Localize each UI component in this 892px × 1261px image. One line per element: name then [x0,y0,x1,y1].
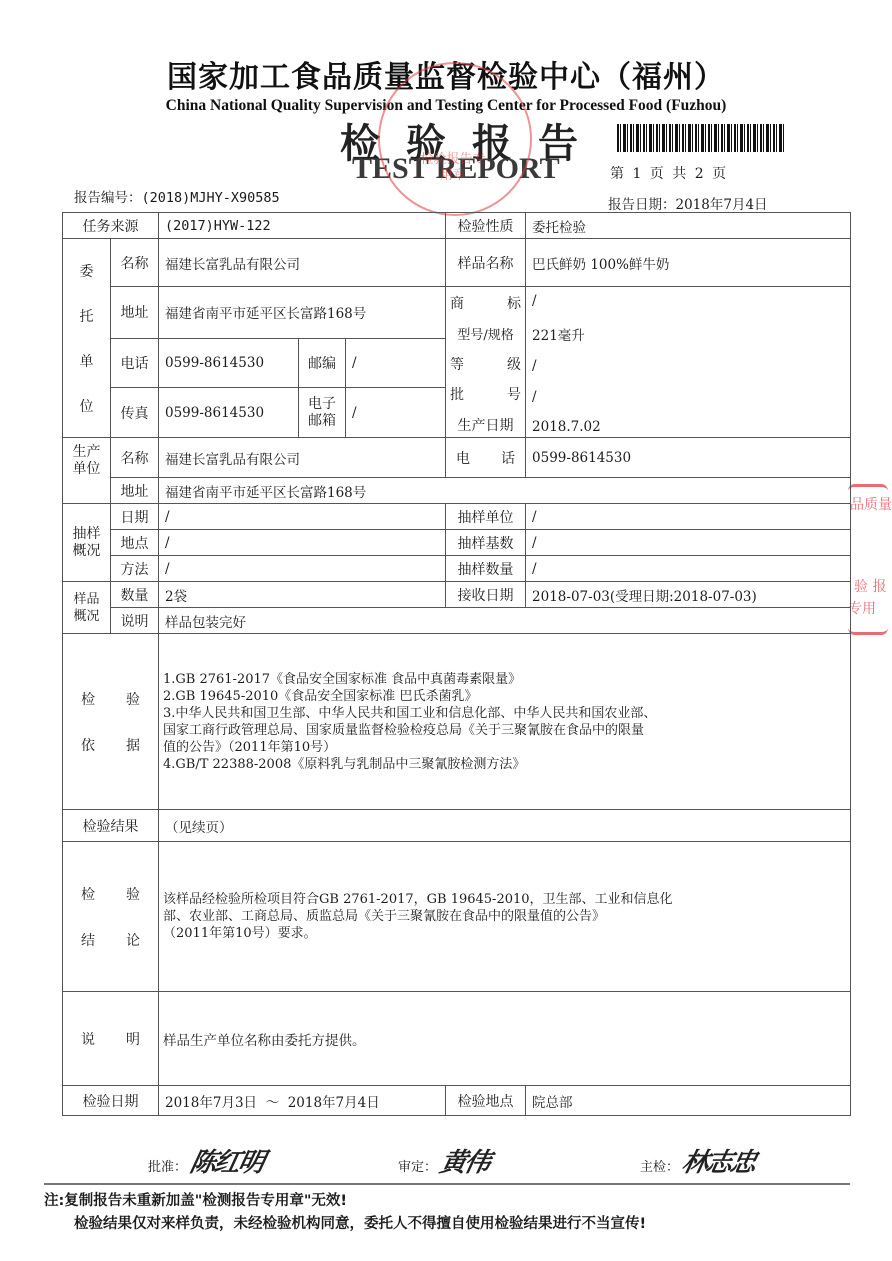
sampling-base-label: 抽样基数 [446,530,526,556]
sample-name-label: 样品名称 [446,239,526,287]
producer-section-label: 生产单位 [63,438,111,504]
conclusion-line: 该样品经检验所检项目符合GB 2761-2017，GB 19645-2010，卫… [163,891,846,908]
sampling-place-label: 地点 [111,530,159,556]
row-sampling-place: 地点 / 抽样基数 / [63,530,851,556]
client-label-char: 位 [80,396,94,416]
client-label-char: 委 [80,261,94,281]
edge-seal-stamp: 品质量 验 报 专用 [846,484,892,634]
conclusion-label-char: 验 [126,884,140,904]
report-date-label: 报告日期： [608,197,676,213]
remark-value: 样品生产单位名称由委托方提供。 [159,992,851,1086]
row-sampling-method: 方法 / 抽样数量 / [63,556,851,582]
brand-label: 商标 [450,293,521,313]
basis-item: 4.GB/T 22388-2008《原料乳与乳制品中三聚氰胺检测方法》 [163,756,846,773]
row-conclusion: 检验 结论 该样品经检验所检项目符合GB 2761-2017，GB 19645-… [63,842,851,992]
report-number-value: (2018)MJHY-X90585 [142,190,280,206]
basis-item: 1.GB 2761-2017《食品安全国家标准 食品中真菌毒素限量》 [163,671,846,688]
barcode [617,124,785,152]
sampling-base-value: / [526,530,851,556]
reviewer-label: 审定： [398,1160,437,1175]
client-phone-value: 0599-8614530 [159,338,299,388]
inspector-label: 主检： [640,1160,679,1175]
sample-desc-label: 说明 [111,608,159,634]
client-postcode-label: 邮编 [299,338,346,388]
producer-address-value: 福建省南平市延平区长富路168号 [159,478,851,504]
seal-arc-top [848,484,888,491]
producer-phone-label-char: 电 [456,448,470,468]
seal-text-bot: 专用 [848,598,876,618]
producer-name-label: 名称 [111,438,159,478]
client-fax-value: 0599-8614530 [159,388,299,438]
receive-date-label: 接收日期 [446,582,526,608]
inspector-sig: 林志忠 [679,1142,759,1179]
grade-label-char: 级 [507,354,521,374]
sample-attrs-values: / 221毫升 / / 2018.7.02 [526,287,851,438]
client-address-value: 福建省南平市延平区长富路168号 [159,287,446,339]
task-source-label: 任务来源 [63,213,159,239]
row-basis: 检验 依据 1.GB 2761-2017《食品安全国家标准 食品中真菌毒素限量》… [63,634,851,810]
conclusion-line: 部、农业部、工商总局、质监总局《关于三聚氰胺在食品中的限量值的公告》 [163,908,846,925]
sampling-qty-value: / [526,556,851,582]
producer-phone-label-char: 话 [501,448,515,468]
report-date-value: 2018年7月4日 [676,197,768,213]
footer-divider [44,1183,850,1185]
row-sampling-date: 抽样概况 日期 / 抽样单位 / [63,504,851,530]
report-table: 任务来源 (2017)HYW-122 检验性质 委托检验 委 托 单 位 名称 … [62,212,851,1116]
basis-list: 1.GB 2761-2017《食品安全国家标准 食品中真菌毒素限量》 2.GB … [159,634,851,810]
basis-label-char: 依 [81,735,95,755]
producer-name-value: 福建长富乳品有限公司 [159,438,446,478]
row-client-name: 委 托 单 位 名称 福建长富乳品有限公司 样品名称 巴氏鲜奶 100%鲜牛奶 [63,239,851,287]
result-value: （见续页） [159,810,851,842]
sampling-label-line: 概况 [69,543,104,560]
approver-label: 批准： [148,1160,187,1175]
spec-label: 型号/规格 [450,324,521,343]
grade-label-char: 等 [450,354,464,374]
sampling-label-line: 抽样 [69,526,104,543]
approver-sig: 陈红明 [187,1142,267,1179]
doc-title-en: TEST REPORT [352,152,560,186]
producer-label-line: 单位 [69,461,104,478]
basis-label-char: 据 [126,735,140,755]
spec-value: 221毫升 [532,324,844,344]
grade-value: / [532,358,844,374]
client-label-char: 托 [80,306,94,326]
result-label: 检验结果 [63,810,159,842]
page-info: 第 1 页 共 2 页 [610,163,728,183]
report-number-label: 报告编号： [74,190,142,206]
row-sample-qty: 样品概况 数量 2袋 接收日期 2018-07-03(受理日期:2018-07-… [63,582,851,608]
client-section-label: 委 托 单 位 [63,239,111,438]
conclusion-line: （2011年第10号）要求。 [163,925,846,942]
reviewer-signature: 审定： 黄伟 [398,1142,489,1179]
conclusion-label: 检验 结论 [63,842,159,992]
sampling-method-label: 方法 [111,556,159,582]
sampling-date-label: 日期 [111,504,159,530]
remark-label-char: 说 [81,1029,95,1049]
approver-signature: 批准： 陈红明 [148,1142,263,1179]
row-remark: 说明 样品生产单位名称由委托方提供。 [63,992,851,1086]
prod-date-value: 2018.7.02 [532,419,844,435]
sampling-place-value: / [159,530,446,556]
sampling-unit-label: 抽样单位 [446,504,526,530]
seal-text-mid: 验 报 [854,576,886,596]
brand-label-char: 商 [450,293,464,313]
client-email-label: 电子邮箱 [299,388,346,438]
producer-phone-label: 电话 [446,438,526,478]
brand-value: / [532,293,844,309]
conclusion-label-char: 结 [81,930,95,950]
row-producer-address: 地址 福建省南平市延平区长富路168号 [63,478,851,504]
client-name-value: 福建长富乳品有限公司 [159,239,446,287]
batch-label: 批号 [450,384,521,404]
sample-overview-label-line: 样品 [69,591,104,608]
sample-qty-value: 2袋 [159,582,446,608]
client-name-label: 名称 [111,239,159,287]
sampling-unit-value: / [526,504,851,530]
basis-item: 2.GB 19645-2010《食品安全国家标准 巴氏杀菌乳》 [163,688,846,705]
row-result: 检验结果 （见续页） [63,810,851,842]
note-line-1: 注:复制报告未重新加盖"检测报告专用章"无效! [44,1189,347,1210]
grade-label: 等级 [450,354,521,374]
report-date: 报告日期：2018年7月4日 [608,193,768,213]
basis-label-char: 检 [81,689,95,709]
producer-address-label: 地址 [111,478,159,504]
sample-overview-section-label: 样品概况 [63,582,111,634]
sampling-method-value: / [159,556,446,582]
inspection-place-label: 检验地点 [446,1086,526,1116]
batch-value: / [532,389,844,405]
inspection-place-value: 院总部 [526,1086,851,1116]
basis-label-char: 验 [126,689,140,709]
basis-item: 值的公告》（2011年第10号） [163,739,846,756]
producer-label-line: 生产 [69,444,104,461]
reviewer-sig: 黄伟 [437,1142,493,1179]
inspector-signature: 主检： 林志忠 [640,1142,755,1179]
row-task-source: 任务来源 (2017)HYW-122 检验性质 委托检验 [63,213,851,239]
seal-text-top: 品质量 [850,494,892,514]
client-address-label: 地址 [111,287,159,339]
sample-qty-label: 数量 [111,582,159,608]
producer-phone-value: 0599-8614530 [526,438,851,478]
sample-desc-value: 样品包装完好 [159,608,851,634]
sample-name-value: 巴氏鲜奶 100%鲜牛奶 [526,239,851,287]
row-sample-desc: 说明 样品包装完好 [63,608,851,634]
brand-label-char: 标 [507,293,521,313]
basis-label: 检验 依据 [63,634,159,810]
client-postcode-value: / [346,338,446,388]
sampling-qty-label: 抽样数量 [446,556,526,582]
row-inspection: 检验日期 2018年7月3日 ～ 2018年7月4日 检验地点 院总部 [63,1086,851,1116]
conclusion-text: 该样品经检验所检项目符合GB 2761-2017，GB 19645-2010，卫… [159,842,851,992]
remark-label-char: 明 [126,1029,140,1049]
seal-arc-bottom [848,628,888,635]
inspection-nature-value: 委托检验 [526,213,851,239]
batch-label-char: 批 [450,384,464,404]
client-label-char: 单 [80,351,94,371]
row-client-address: 地址 福建省南平市延平区长富路168号 商标 型号/规格 等级 批号 生产日期 … [63,287,851,339]
basis-item: 3.中华人民共和国卫生部、中华人民共和国工业和信息化部、中华人民共和国农业部、 [163,705,846,722]
conclusion-label-char: 论 [126,930,140,950]
task-source-value: (2017)HYW-122 [159,213,446,239]
inspection-date-value: 2018年7月3日 ～ 2018年7月4日 [159,1086,446,1116]
row-producer-name: 生产单位 名称 福建长富乳品有限公司 电话 0599-8614530 [63,438,851,478]
sample-overview-label-line: 概况 [69,608,104,625]
sampling-date-value: / [159,504,446,530]
remark-label: 说明 [63,992,159,1086]
note-line-2: 检验结果仅对来样负责，未经检验机构同意，委托人不得擅自使用检验结果进行不当宣传! [74,1212,646,1233]
sample-attrs-labels: 商标 型号/规格 等级 批号 生产日期 [446,287,526,438]
inspection-date-label: 检验日期 [63,1086,159,1116]
basis-item: 国家工商行政管理总局、国家质量监督检验检疫总局《关于三聚氰胺在食品中的限量 [163,722,846,739]
email-label-line: 邮箱 [305,413,339,430]
sampling-section-label: 抽样概况 [63,504,111,582]
org-title-cn: 国家加工食品质量监督检验中心（福州） [0,52,892,96]
email-label-line: 电子 [305,396,339,413]
prod-date-label: 生产日期 [450,415,521,435]
conclusion-label-char: 检 [81,884,95,904]
client-fax-label: 传真 [111,388,159,438]
client-email-value: / [346,388,446,438]
report-number: 报告编号：(2018)MJHY-X90585 [74,186,280,206]
client-phone-label: 电话 [111,338,159,388]
batch-label-char: 号 [507,384,521,404]
receive-date-value: 2018-07-03(受理日期:2018-07-03) [526,582,851,608]
inspection-nature-label: 检验性质 [446,213,526,239]
